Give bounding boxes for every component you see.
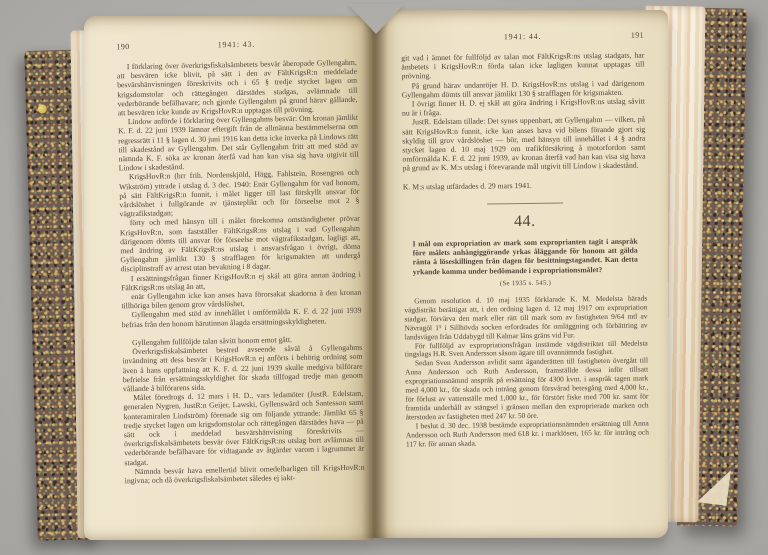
paragraph: Sedan Sven Andersson avlidit samt ägande… (405, 357, 649, 422)
left-page: 190 1941: 43. I förklaring över överkrig… (84, 16, 374, 540)
case-cross-reference: (Se 1935 s. 545.) (404, 279, 647, 289)
paragraph: Nämnda besvär hava emellertid blivit ome… (124, 462, 364, 485)
right-page-number: 191 (602, 31, 644, 41)
paragraph: förty och med hänsyn till i målet föreko… (120, 214, 361, 274)
paragraph: git vad i ämnet för fullföljd av talan m… (401, 51, 644, 82)
right-page: 1941: 44. 191 git vad i ämnet för fullfö… (374, 10, 668, 538)
photo-of-open-book: { "colors": { "background_gray": "#afada… (0, 0, 768, 555)
paragraph: Målet föredrogs d. 12 mars i H. D., vars… (123, 389, 364, 467)
left-page-number: 190 (116, 42, 158, 52)
case43-continuation-text: git vad i ämnet för fullföljd av talan m… (401, 51, 646, 192)
left-page-header: 190 1941: 43. (116, 38, 356, 52)
open-book: 190 1941: 43. I förklaring över överkrig… (26, 4, 742, 551)
sticker-dot (38, 104, 47, 113)
paragraph: K. M:s utslag utfärdades d. 29 mars 1941… (403, 179, 646, 191)
paragraph: I förklaring över överkrigsfiskalsämbete… (117, 58, 358, 118)
left-page-text: I förklaring över överkrigsfiskalsämbete… (117, 58, 365, 486)
paragraph: JustR. Edelstam tillade: Det synes uppen… (402, 115, 646, 173)
paragraph: KrigsHovR:n (hrr frih. Nordenskjöld, Häg… (119, 168, 360, 219)
case-headnote: I mål om expropriation av mark som expro… (412, 236, 637, 276)
header-spacer (401, 40, 443, 41)
section-divider-rule (487, 202, 563, 204)
left-running-head: 1941: 43. (158, 39, 314, 51)
paragraph: Gyllengahm med stöd av innehållet i omfö… (121, 306, 361, 329)
right-running-head: 1941: 44. (443, 31, 602, 42)
paragraph: Lindow anförde i förklaring över Gylleng… (118, 113, 359, 173)
paragraph: Överkrigsfiskalsämbetet bestred avseende… (122, 343, 363, 394)
paragraph: Genom resolution d. 10 maj 1935 förklara… (404, 295, 648, 342)
page-corner-flap (697, 466, 731, 505)
case44-body-text: Genom resolution d. 10 maj 1935 förklara… (404, 295, 649, 449)
header-spacer (314, 45, 356, 46)
case-number-heading: 44. (403, 211, 646, 232)
gutter-top-notch (348, 4, 404, 34)
paragraph: I beslut d. 30 dec. 1938 bestämde exprop… (406, 419, 649, 449)
right-page-header: 1941: 44. 191 (401, 31, 644, 43)
